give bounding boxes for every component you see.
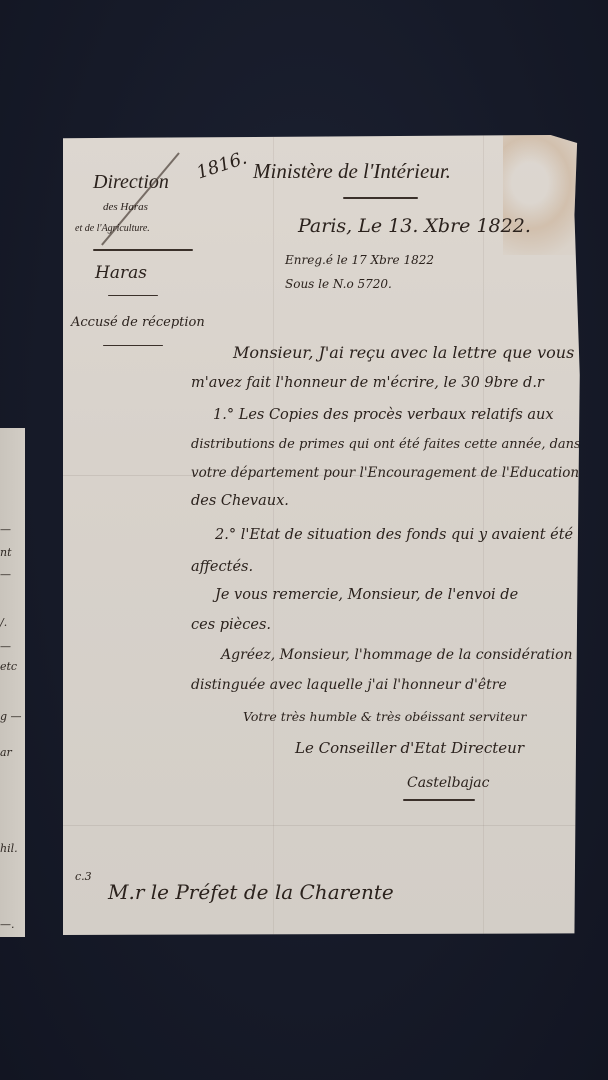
body-line: votre département pour l'Encouragement d… [191, 465, 579, 481]
fragment-text: g — [0, 710, 22, 723]
signatory-title: Le Conseiller d'Etat Directeur [295, 739, 524, 757]
closing-line: Votre très humble & très obéissant servi… [243, 709, 526, 724]
body-line: 2.° l'Etat de situation des fonds qui y … [215, 527, 573, 543]
margin-subject: Accusé de réception [71, 315, 205, 330]
fragment-text: — [0, 640, 11, 653]
rule [103, 345, 163, 346]
fragment-text: — [0, 568, 11, 581]
year-stamp: 1816. [194, 148, 249, 184]
registration-date: Enreg.é le 17 Xbre 1822 [285, 253, 434, 267]
registration-number: Sous le N.o 5720. [285, 277, 392, 291]
partial-adjacent-document: — nt — /. — etc g — ar hil. —. [0, 428, 25, 937]
fragment-text: ar [0, 746, 12, 759]
body-line: Monsieur, J'ai reçu avec la lettre que v… [233, 343, 574, 362]
margin-section-label: Haras [95, 263, 147, 283]
letterhead-subtitle: et de l'Agriculture. [75, 223, 150, 234]
handwritten-letter: Direction 1816. des Haras et de l'Agricu… [63, 135, 593, 935]
letterhead-direction: Direction [93, 171, 169, 194]
body-line: distinguée avec laquelle j'ai l'honneur … [191, 677, 507, 693]
fragment-text: — [0, 523, 11, 536]
fragment-text: —. [0, 918, 15, 931]
body-line: m'avez fait l'honneur de m'écrire, le 30… [191, 375, 544, 391]
ornamental-rule [343, 197, 418, 199]
body-line: ces pièces. [191, 617, 271, 633]
place-date: Paris, Le 13. Xbre 1822. [298, 215, 531, 237]
body-line: Je vous remercie, Monsieur, de l'envoi d… [215, 587, 518, 603]
body-line: Agréez, Monsieur, l'hommage de la consid… [221, 647, 573, 663]
fragment-text: nt [0, 546, 12, 559]
body-line: affectés. [191, 559, 253, 575]
signature: Castelbajac [407, 775, 489, 791]
rule [108, 295, 158, 296]
signature-flourish [403, 799, 475, 801]
ornamental-rule [93, 249, 193, 251]
fragment-text: etc [0, 660, 17, 673]
corner-mark: c.3 [75, 870, 92, 883]
fragment-text: hil. [0, 842, 18, 855]
body-line: distributions de primes qui ont été fait… [191, 437, 581, 452]
letterhead-subtitle: des Haras [103, 201, 148, 213]
ministry-heading: Ministère de l'Intérieur. [253, 159, 451, 184]
body-line: 1.° Les Copies des procès verbaux relati… [213, 407, 554, 423]
fragment-text: /. [0, 616, 7, 629]
body-line: des Chevaux. [191, 493, 289, 509]
paper-fold [63, 825, 593, 826]
water-stain [503, 135, 593, 255]
addressee: M.r le Préfet de la Charente [108, 880, 394, 904]
